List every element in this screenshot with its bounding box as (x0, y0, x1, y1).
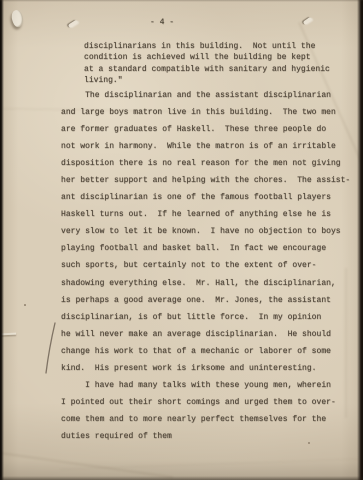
quote-line: disciplinarians in this building. Not un… (84, 41, 330, 52)
body-line: shadowing everything else. Mr. Hall, the… (61, 275, 350, 292)
body-line: The disciplinarian and the assistant dis… (61, 87, 350, 104)
quote-line: condition is achieved will the building … (84, 52, 330, 63)
body-line: change his work to that of a mechanic or… (61, 343, 350, 360)
staple-hole-right (303, 17, 312, 25)
body-line: he will never make an average disciplina… (61, 326, 350, 343)
paper-chip (10, 9, 26, 29)
quote-line: living." (84, 75, 330, 86)
scan-edge-bottom (0, 476, 363, 480)
paper-crease (0, 452, 173, 478)
body-line: playing football and basket ball. In fac… (61, 240, 350, 257)
body-line: I pointed out their short comings and ur… (61, 394, 350, 411)
paper-crease (60, 459, 360, 471)
body-line: kind. His present work is irksome and un… (61, 360, 350, 377)
body-line: Haskell turns out. If he learned of anyt… (61, 206, 350, 223)
staple-hole-left (68, 20, 78, 28)
body-line: very slow to let it be known. I have no … (61, 223, 350, 240)
body-line: ant disciplinarian is one of the famous … (61, 189, 350, 206)
margin-pencil-mark (40, 315, 60, 380)
scan-edge-left (0, 0, 4, 480)
body-line: are former graduates of Haskell. These t… (61, 121, 350, 138)
body-line: her better support and helping with the … (61, 172, 350, 189)
body-line: duties required of them (61, 428, 350, 445)
edge-tear (0, 333, 16, 336)
body-line: I have had many talks with these young m… (61, 377, 350, 394)
scan-edge-right (357, 0, 363, 480)
body-line: not work in harmony. While the matron is… (61, 138, 350, 155)
body-line: is perhaps a good average one. Mr. Jones… (61, 292, 350, 309)
ink-speck (24, 304, 26, 306)
body-line: disposition there is no real reason for … (61, 155, 350, 172)
body-line: come them and to more nearly perfect the… (61, 411, 350, 428)
body-line: and large boys matron live in this build… (61, 104, 350, 121)
quote-block: disciplinarians in this building. Not un… (84, 41, 330, 86)
body-line: disciplinarian, is of but little force. … (61, 309, 350, 326)
scan-edge-top (0, 0, 363, 2)
body-line: such sports, but certainly not to the ex… (61, 257, 350, 274)
document-page: - 4 - disciplinarians in this building. … (0, 0, 363, 480)
quote-line: at a standard compatible with sanitary a… (84, 64, 330, 75)
page-number: - 4 - (150, 18, 174, 27)
body-text: The disciplinarian and the assistant dis… (61, 87, 350, 445)
